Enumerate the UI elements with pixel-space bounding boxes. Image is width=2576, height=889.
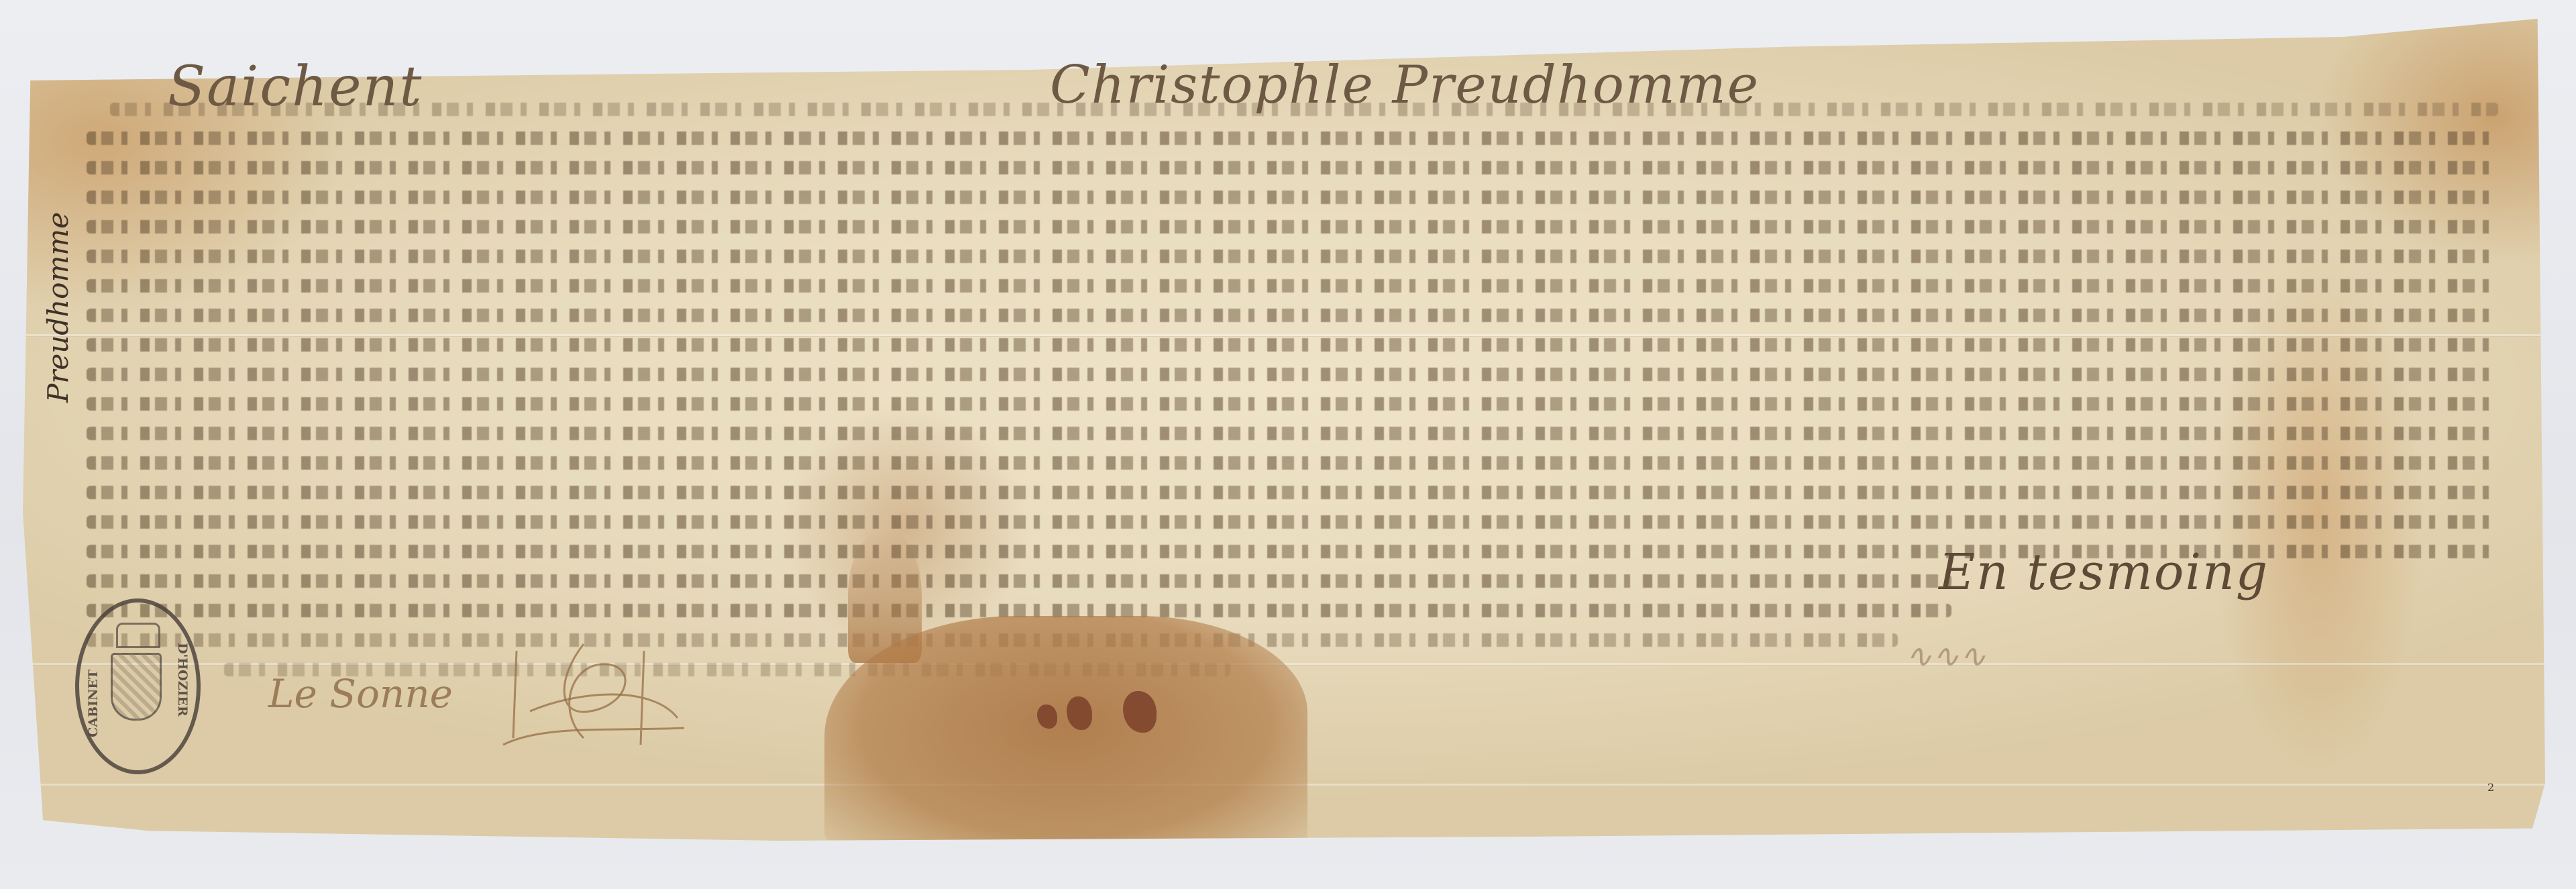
signature-left: Le Sonne [268, 671, 453, 717]
fold-crease [23, 334, 2545, 337]
coat-of-arms-icon [111, 653, 162, 721]
parchment-sheet [23, 19, 2545, 841]
page-mark: 2 [2487, 781, 2494, 794]
signature-right: ∿∿∿ [1905, 637, 1986, 675]
archive-stamp: CABINET D'HOZIER [75, 598, 201, 774]
water-stain [824, 616, 1307, 857]
closing-formula: En tesmoing [1939, 543, 2269, 601]
name-heading: Christophle Preudhomme [1050, 55, 1760, 115]
margin-annotation: Preudhomme [42, 212, 74, 403]
crown-icon [116, 623, 160, 648]
notarial-paraph-icon [476, 637, 698, 751]
incipit-heading: Saichent [168, 55, 423, 119]
